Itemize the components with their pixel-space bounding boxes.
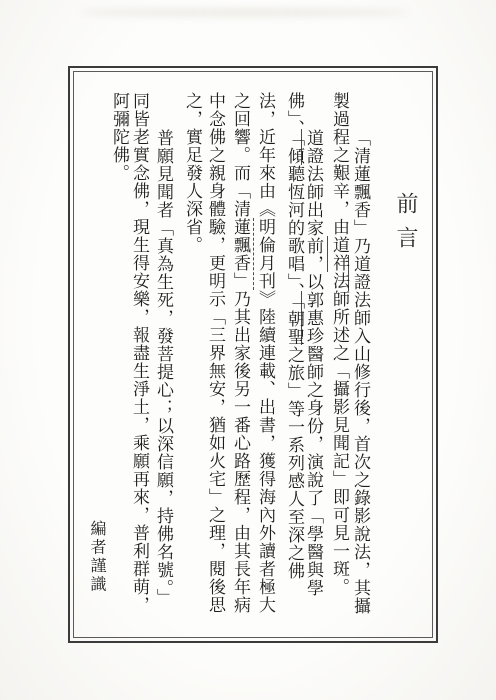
- text-column-10: 同皆老實念佛，現生得安樂，報盡生淨土，乘願再來，普利群萌，: [130, 92, 147, 637]
- text-column-2: 製過程之艱辛，由道祥法師所述之「攝影見聞記」即可見一斑。: [330, 92, 347, 637]
- book-title-mark: 明倫月刊: [253, 218, 275, 290]
- text-run: 》陸續連載、出書，獲得海內外讀者極大: [255, 290, 275, 614]
- text-run: 法師入山修行後，首次之錄影說法，其攝: [350, 291, 370, 615]
- text-run: 法師所述之「攝影見聞記」即可見一斑。: [329, 272, 349, 596]
- text-run: 中念佛之親身體驗，更明示「三界無安，猶如火宅」之理，閱後思: [205, 92, 225, 614]
- proper-name-mark: 道證: [301, 129, 323, 165]
- text-column-6: 之回響。而「清蓮飄香」乃其出家後另一番心路歷程，由其長年病: [231, 92, 248, 637]
- text-run: 法師出家前，以: [303, 165, 323, 291]
- text-column-9: 普願見聞者「真為生死，發菩提心；以深信願，持佛名號。」: [154, 129, 171, 674]
- scanned-book-page: { "page": { "title": "前言", "signature": …: [0, 0, 496, 700]
- text-run: 之回響。而「清蓮飄香」乃其出家後另一番心路歷程，由其長年病: [230, 92, 250, 614]
- text-column-1: 「清蓮飄香」乃道證法師入山修行後，首次之錄影說法，其攝: [351, 129, 368, 674]
- text-run: 「清蓮飄香」乃: [350, 129, 370, 255]
- text-run: 之，實足發人深省。: [182, 92, 202, 254]
- text-column-3: 道證法師出家前，以郭惠珍醫師之身份，演說了「學醫與學: [304, 129, 321, 674]
- text-column-8: 之，實足發人深省。: [183, 92, 200, 637]
- proper-name-mark: 郭惠珍: [301, 291, 323, 345]
- text-run: 製過程之艱辛，由: [329, 92, 349, 236]
- text-run: 醫師之身份，演說了「學醫與學: [303, 345, 323, 597]
- text-column-5: 法，近年來由《明倫月刊》陸續連載、出書，獲得海內外讀者極大: [256, 92, 273, 637]
- text-run: 阿彌陀佛。: [109, 92, 129, 182]
- proper-name-mark: 道祥: [327, 236, 349, 272]
- text-run: 佛」、「傾聽恆河的歌唱」、「朝聖之旅」等一系列感人至深之佛: [284, 92, 304, 580]
- text-column-4: 佛」、「傾聽恆河的歌唱」、「朝聖之旅」等一系列感人至深之佛: [285, 92, 302, 637]
- text-column-7: 中念佛之親身體驗，更明示「三界無安，猶如火宅」之理，閱後思: [206, 92, 223, 637]
- editor-signature: 編者謹識: [86, 520, 109, 594]
- scan-artifact-smudge: [80, 8, 410, 17]
- text-run: 法，近年來由《: [255, 92, 275, 218]
- proper-name-mark: 道證: [348, 255, 370, 291]
- page-title: 前言: [390, 192, 421, 260]
- text-column-11: 阿彌陀佛。: [110, 92, 127, 637]
- text-run: 同皆老實念佛，現生得安樂，報盡生淨土，乘願再來，普利群萌，: [129, 92, 149, 614]
- text-run: 普願見聞者「真為生死，發菩提心；以深信願，持佛名號。」: [153, 129, 173, 607]
